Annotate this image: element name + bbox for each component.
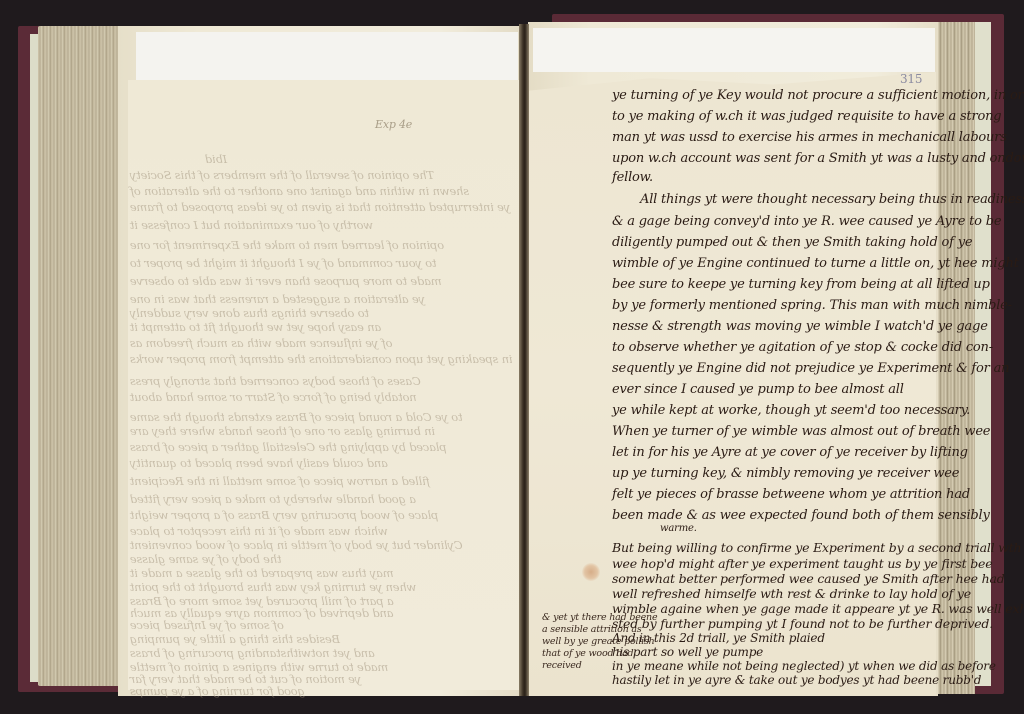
text-line: let in for his ye Ayre at ye cover of ye… [612,445,968,460]
ghost-line: to observe things thus done very suddenl… [130,306,369,320]
paper-slip-right [533,28,935,72]
page-number: 315 [900,72,922,86]
ghost-line: Cylinder but ye body of mettle in place … [130,538,463,552]
ghost-line: ye interrupted attention that is given t… [130,200,510,214]
ghost-line: placed by applying the Celestiall gather… [130,440,447,454]
text-line: felt ye pieces of brasse betweene whom y… [612,487,970,502]
text-line: to ye making of w.ch it was judged requi… [612,109,1001,124]
ghost-line: Besides this thing a little ye pumping [130,632,340,646]
ghost-line: shewn in within and against one another … [130,184,469,198]
text-line: fellow. [612,170,653,185]
margin-note-line: received [542,660,582,671]
book-gutter [519,24,529,696]
text-line: ye turning of ye Key would not procure a… [612,88,1024,103]
ghost-line: in speaking yet upon considerations the … [130,352,513,366]
ghost-line: ye alteration a suggested a rareness tha… [130,292,425,306]
text-line: to observe whether ye agitation of ye st… [612,340,993,355]
ghost-line: filled a narrow piece of some mettall in… [130,474,430,488]
ghost-line: of some of ye Infused piece [130,618,284,632]
text-line: somewhat better performed wee caused ye … [612,571,1005,586]
text-line: up ye turning key, & nimbly removing ye … [612,466,959,481]
ghost-line: to your command of ye I thought it might… [130,256,436,270]
ghost-line: The opinion of severall of the members o… [130,168,434,182]
text-line: wimble againe when ye gage made it appea… [612,601,1024,616]
margin-note-line: well by ye greate pollish [542,636,655,647]
text-line: man yt was ussd to exercise his armes in… [612,130,1007,145]
ghost-line: opinion of learned men to make the Exper… [130,238,444,252]
ghost-line: good for turning of a ye pumps [130,684,305,698]
text-line: bee sure to keepe ye turning key from be… [612,277,990,292]
text-line: by ye formerly mentioned spring. This ma… [612,298,1012,313]
text-line: All things yt were thought necessary bei… [640,192,1024,207]
text-line: ever since I caused ye pump to bee almos… [612,382,904,397]
text-line: warme. [660,523,697,534]
text-line: his part so well ye pumpe [612,645,763,659]
paper-stain [582,563,600,581]
ghost-line: in burning glass or one of those hands w… [130,424,435,438]
ghost-line: a good handle whereby to make a piece ve… [130,492,416,506]
text-line: nesse & strength was moving ye wimble I … [612,319,988,334]
ghost-line: which was made of it in this receptor to… [130,524,388,538]
text-line: been made & as wee expected found both o… [612,508,990,523]
ghost-line: to ye Cold a round piece of Brass extend… [130,410,463,424]
ghost-line: an easy hope yet we thought fit to attem… [130,320,381,334]
text-line: & a gage being convey'd into ye R. wee c… [612,214,1001,229]
text-line: But being willing to confirme ye Experim… [612,540,1021,555]
margin-note-line: that of ye wood had [542,648,633,659]
margin-note-line: a sensible attrition as [542,624,642,635]
ghost-line: and could easily have been placed to qua… [130,456,388,470]
text-line: sted by further pumping yt I found not t… [612,616,993,631]
ghost-line: may thus was prepared to the glasse a ma… [130,566,394,580]
left-page-note-label: Ibid [205,152,227,166]
ghost-line: the body of ye same glasse [130,552,282,566]
ghost-line: of ye influence made with as much freedo… [130,336,393,350]
paper-slip-left [136,32,518,80]
ghost-line: place of wood procuring very Brass of a … [130,508,438,522]
text-line: diligently pumped out & then ye Smith ta… [612,235,972,250]
ghost-line: and yet notwithstanding procuring of bra… [130,646,375,660]
text-line: sequently ye Engine did not prejudice ye… [612,361,1009,376]
page-stack-left [38,26,130,686]
text-line: well refreshed himselfe wth rest & drink… [612,586,971,601]
ghost-line: notably being of force of Starr or some … [130,390,417,404]
text-line: in ye meane while not being neglected) y… [612,659,996,673]
margin-note-line: & yet yt there had beene [542,612,657,623]
text-line: wee hop'd might after ye experiment taug… [612,556,992,571]
ghost-line: Cases of those bodys concerned that stro… [130,374,421,388]
text-line: When ye turner of ye wimble was almost o… [612,424,990,439]
ghost-line: made to more purpose than ever it was ab… [130,274,442,288]
text-line: hastily let in ye ayre & take out ye bod… [612,673,981,687]
ghost-line: when ye turning key was thus brought to … [130,580,416,594]
left-page-header-mark: Exp 4e [375,118,412,131]
ghost-line: worthy of our examination but I confesse… [130,218,373,232]
text-line: wimble of ye Engine continued to turne a… [612,256,1019,271]
text-line: ye while kept at worke, though yt seem'd… [612,403,970,418]
text-line: upon w.ch account was sent for a Smith y… [612,151,1024,166]
